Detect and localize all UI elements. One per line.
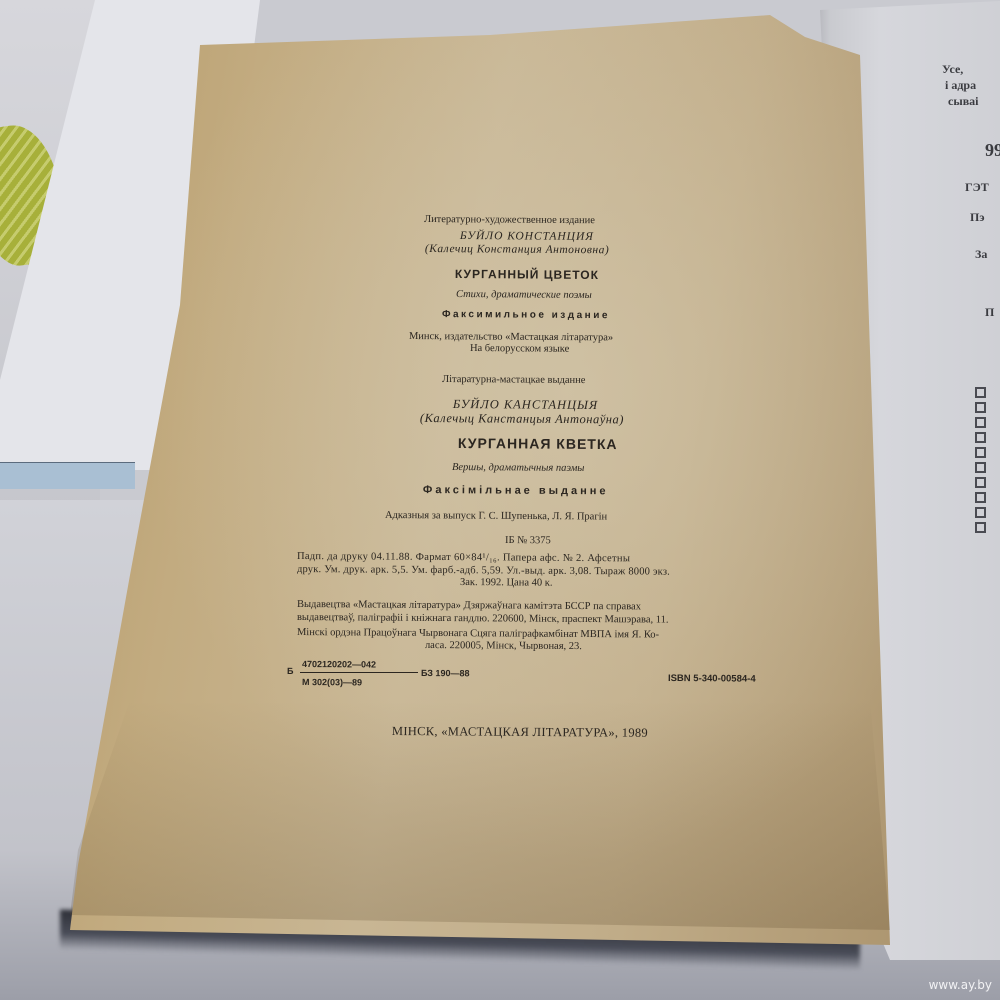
print-info-line3: Зак. 1992. Цана 40 к. xyxy=(460,577,553,589)
checkbox-column xyxy=(975,387,986,537)
right-page-text: сываі xyxy=(948,94,979,109)
publisher-ru: Минск, издательство «Мастацкая літаратур… xyxy=(409,331,613,343)
author-ru: БУЙЛО КОНСТАНЦИЯ xyxy=(460,230,594,243)
blue-strip xyxy=(0,462,135,489)
right-page-text: і адра xyxy=(945,78,976,93)
title-ru: КУРГАННЫЙ ЦВЕТОК xyxy=(455,267,599,282)
isbn: ISBN 5-340-00584-4 xyxy=(668,673,756,685)
right-page-text: П xyxy=(985,305,994,320)
right-page-text: Пэ xyxy=(970,210,985,225)
author-full-be: (Калечыц Канстанцыя Антонаўна) xyxy=(420,411,624,427)
responsible-be: Адказныя за выпуск Г. С. Шупенька, Л. Я.… xyxy=(385,510,607,523)
subtitle-be: Вершы, драматычныя паэмы xyxy=(452,462,585,474)
right-page-text: 99 xyxy=(985,140,1000,161)
title-be: КУРГАННАЯ КВЕТКА xyxy=(458,435,618,452)
catalog-numerator: 4702120202—042 xyxy=(302,659,376,670)
catalog-prefix: Б xyxy=(287,666,294,676)
right-page-text: ГЭТ xyxy=(965,180,989,195)
subtitle-ru: Стихи, драматические поэмы xyxy=(456,289,592,301)
right-page-text: За xyxy=(975,247,987,262)
catalog-fraction-line xyxy=(300,672,418,673)
ib-number: ІБ № 3375 xyxy=(505,535,551,546)
author-full-ru: (Калечиц Констанция Антоновна) xyxy=(425,243,609,256)
genre-ru: Литературно-художественное издание xyxy=(424,214,595,226)
watermark: www.ay.by xyxy=(929,978,992,992)
printer-line2: ласа. 220005, Мінск, Чырвоная, 23. xyxy=(425,640,582,652)
catalog-suffix: БЗ 190—88 xyxy=(421,668,470,678)
print-info-line1: Падп. да друку 04.11.88. Фармат 60×84¹/₁… xyxy=(297,551,630,564)
right-page-text: Усе, xyxy=(942,62,963,77)
language-ru: На белорусском языке xyxy=(470,343,569,355)
imprint-footer: МІНСК, «МАСТАЦКАЯ ЛІТАРАТУРА», 1989 xyxy=(392,724,648,741)
edition-be: Факсімільнае выданне xyxy=(423,484,609,497)
edition-ru: Факсимильное издание xyxy=(442,309,610,321)
catalog-denominator: М 302(03)—89 xyxy=(302,677,362,687)
genre-be: Літаратурна-мастацкае выданне xyxy=(442,374,586,386)
